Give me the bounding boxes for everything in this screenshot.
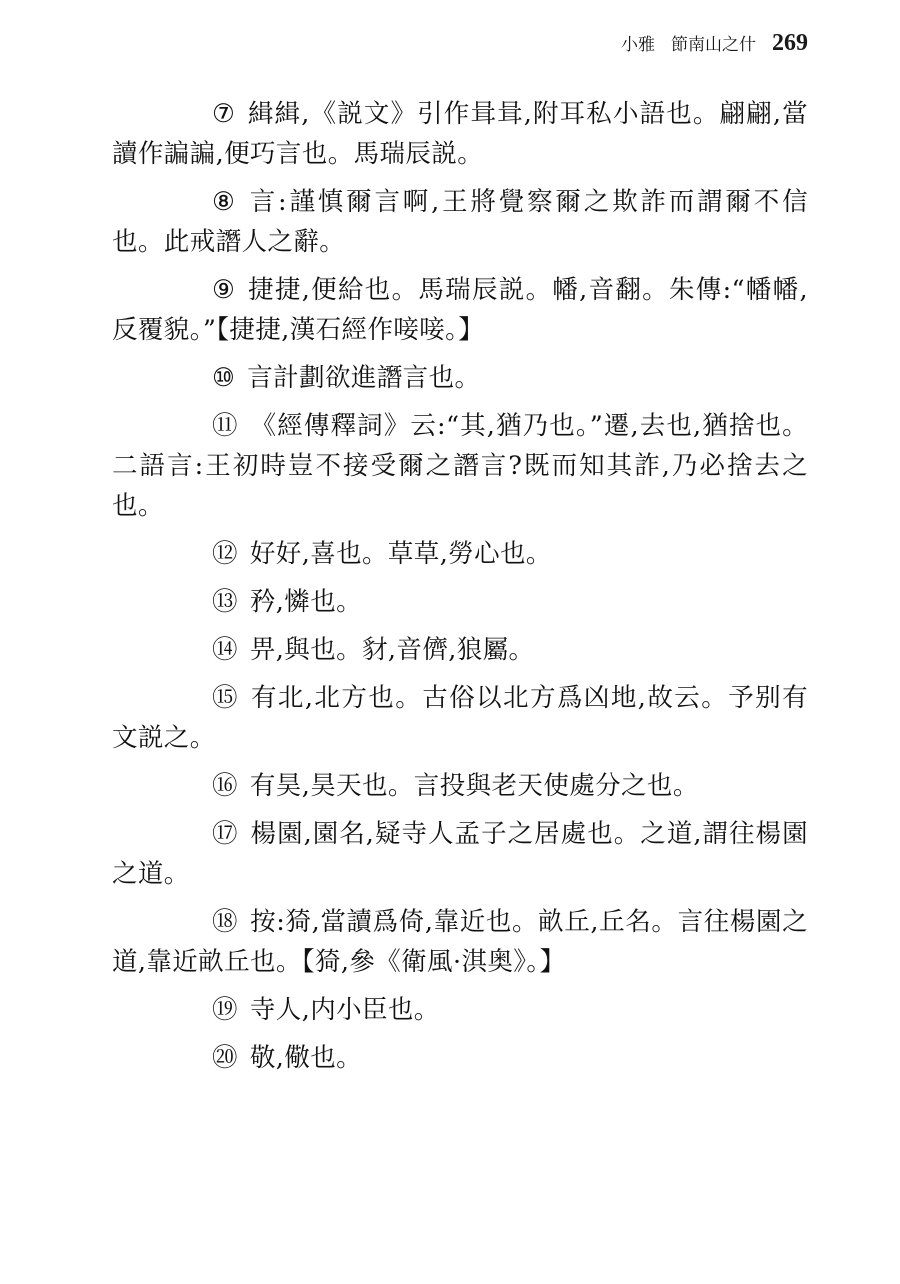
footnote-marker: ⑭ <box>162 630 238 670</box>
footnote-marker: ⑯ <box>162 766 238 806</box>
footnote-text: 有昊,昊天也。言投與老天使處分之也。 <box>250 771 699 801</box>
footnote-text: 矜,憐也。 <box>250 587 362 617</box>
footnotes-list: ⑦緝緝,《説文》引作咠咠,附耳私小語也。翩翩,當讀作諞諞,便巧言也。馬瑞辰説。 … <box>112 94 808 1086</box>
footnote-7: ⑦緝緝,《説文》引作咠咠,附耳私小語也。翩翩,當讀作諞諞,便巧言也。馬瑞辰説。 <box>112 94 808 174</box>
footnote-text: 寺人,内小臣也。 <box>250 995 440 1025</box>
footnote-16: ⑯有昊,昊天也。言投與老天使處分之也。 <box>112 766 808 806</box>
footnote-11: ⑪《經傳釋詞》云:“其,猶乃也。”遷,去也,猶捨也。二語言:王初時豈不接受爾之譖… <box>112 406 808 526</box>
footnote-text: 敬,儆也。 <box>250 1043 362 1073</box>
footnote-18: ⑱按:猗,當讀爲倚,靠近也。畝丘,丘名。言往楊園之道,靠近畝丘也。【猗,參《衛風… <box>112 902 808 982</box>
footnote-17: ⑰楊園,園名,疑寺人孟子之居處也。之道,謂往楊園之道。 <box>112 814 808 894</box>
footnote-marker: ⑬ <box>162 582 238 622</box>
footnote-text: 言計劃欲進譖言也。 <box>247 363 480 393</box>
footnote-marker: ⑪ <box>162 406 238 446</box>
footnote-marker: ⑲ <box>162 990 238 1030</box>
footnote-marker: ⑧ <box>162 182 235 222</box>
footnote-13: ⑬矜,憐也。 <box>112 582 808 622</box>
footnote-20: ⑳敬,儆也。 <box>112 1038 808 1078</box>
footnote-9: ⑨捷捷,便給也。馬瑞辰説。幡,音翻。朱傳:“幡幡,反覆貌。”【捷捷,漢石經作唼唼… <box>112 270 808 350</box>
footnote-12: ⑫好好,喜也。草草,勞心也。 <box>112 534 808 574</box>
footnote-text: 畀,與也。豺,音儕,狼屬。 <box>250 635 535 665</box>
footnote-marker: ⑦ <box>162 94 235 134</box>
footnote-marker: ⑮ <box>162 678 238 718</box>
footnote-text: 好好,喜也。草草,勞心也。 <box>250 539 552 569</box>
footnote-8: ⑧言:謹慎爾言啊,王將覺察爾之欺詐而謂爾不信也。此戒譖人之辭。 <box>112 182 808 262</box>
footnote-15: ⑮有北,北方也。古俗以北方爲凶地,故云。予别有文説之。 <box>112 678 808 758</box>
footnote-marker: ⑩ <box>162 358 235 398</box>
footnote-marker: ⑱ <box>162 902 238 942</box>
footnote-19: ⑲寺人,内小臣也。 <box>112 990 808 1030</box>
footnote-marker: ⑫ <box>162 534 238 574</box>
footnote-marker: ⑰ <box>162 814 238 854</box>
running-header: 小雅 節南山之什 269 <box>621 30 808 57</box>
header-chapter-title: 節南山之什 <box>671 30 756 55</box>
footnote-marker: ⑨ <box>162 270 235 310</box>
footnote-marker: ⑳ <box>162 1038 238 1078</box>
footnote-10: ⑩言計劃欲進譖言也。 <box>112 358 808 398</box>
page-number: 269 <box>772 30 808 57</box>
header-section-title: 小雅 <box>621 30 655 55</box>
footnote-14: ⑭畀,與也。豺,音儕,狼屬。 <box>112 630 808 670</box>
